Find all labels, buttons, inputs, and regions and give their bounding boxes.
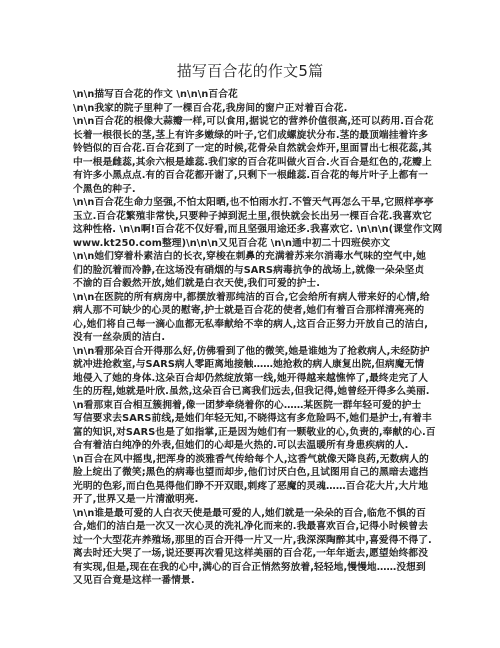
document-line: 写信要求去SARS前线,是她们年轻无知,不晓得这有多危险吗不,她们是护士,有着丰 [73, 412, 433, 426]
document-line: 没有一丝杂质的洁白. [73, 331, 433, 345]
document-line: 有许多小黑点点.有的百合花都开谢了,只剩下一根雌蕊.百合花的每片叶子上都有一 [73, 169, 433, 183]
document-line: 铃铛似的百合花.百合花到了一定的时候,花骨朵自然就会炸开,里面冒出七根花蕊,其 [73, 142, 433, 156]
document-body: \n\n描写百合花的作文 \n\n\n百合花\n\n我家的院子里种了一棵百合花,… [73, 88, 433, 588]
document-line: 玉立.百合花繁殖非常快,只要种子掉到泥土里,很快就会长出另一棵百合花.我喜欢它 [73, 210, 433, 224]
document-line: 合有着洁白纯净的外表,但她们的心却是火热的.可以去温暖所有身患疾病的人. [73, 439, 433, 453]
document-line: 个黑色的种子. [73, 183, 433, 197]
document-line: \n\n我家的院子里种了一棵百合花,我房间的窗户正对着百合花. [73, 102, 433, 116]
document-line: 心,她们将自己每一滴心血都无私奉献给不幸的病人,这百合正努力开放自己的洁白, [73, 318, 433, 332]
document-title: 描写百合花的作文5篇 [0, 60, 500, 81]
document-line: \n看那束百合相互簇拥着,像一团梦牵绕着你的心……某医院一群年轻可爱的护士 [73, 399, 433, 413]
document-line: \n百合在风中摇曳,把浑身的淡雅香气传给每个人,这香气就像天降良药,无数病人的 [73, 453, 433, 467]
document-line: 光明的色彩,而白色晃得他们睁不开双眼,刺疼了恶魔的灵魂……百合花大片,大片地 [73, 480, 433, 494]
document-line: 又见百合竟是这样一番情景. [73, 574, 433, 588]
document-line: 开了,世界又是一片清澈明亮. [73, 493, 433, 507]
document-line: www.kt250.com整理)\n\n\n又见百合花 \n\n通中初二十四班侯… [73, 237, 433, 251]
document-line: 有实现,但是,现在在我的心中,满心的百合正悄然努放着,轻轻地,慢慢地……没想到 [73, 561, 433, 575]
document-line: \n\n百合花生命力坚强,不怕太阳晒,也不怕雨水打.不管天气再怎么干旱,它照样亭… [73, 196, 433, 210]
document-line: \n\n在医院的所有病房中,都摆放着那纯洁的百合,它会给所有病人带来好的心情,给 [73, 291, 433, 305]
document-line: 生的历程,她就是叶欣.虽然,这朵百合已离我们远去,但我记得,她曾经开得多么美丽. [73, 385, 433, 399]
document-line: 地侵入了她的身体.这朵百合却仍然绽放第一线,她开得越来越憔悴了,最终走完了人 [73, 372, 433, 386]
document-line: 富的知识,对SARS也是了如指掌,正是因为她们有一颗敬业的心,负责的,奉献的心.… [73, 426, 433, 440]
document-line: 合,她们的洁白是一次又一次心灵的洗礼净化而来的.我最喜欢百合,记得小时候曾去 [73, 520, 433, 534]
document-line: 病人那不可缺少的心灵的慰寄,护士就是百合花的使者,她们有着百合那样清亮亮的 [73, 304, 433, 318]
document-line: 就冲进抢救室,与SARS病人零距离地接触……她抢救的病人康复出院,但病魔无情 [73, 358, 433, 372]
document-line: 长着一根很长的茎,茎上有许多嫩绿的叶子,它们成螺旋状分布.茎的最顶端挂着许多 [73, 129, 433, 143]
document-line: 脸上绽出了微笑;黑色的病毒也望而却步,他们讨厌白色,且试图用自己的黑暗去遮挡 [73, 466, 433, 480]
document-line: \n\n描写百合花的作文 \n\n\n百合花 [73, 88, 433, 102]
document-line: 离去时还大哭了一场,说还要再次看见这样美丽的百合花,一年年逝去,愿望始终都没 [73, 547, 433, 561]
document-page: 描写百合花的作文5篇 \n\n描写百合花的作文 \n\n\n百合花\n\n我家的… [0, 0, 500, 648]
document-line: 这种性格. \n\n啊!百合花不仅好看,而且坚强用途还多.我喜欢它. \n\n\… [73, 223, 433, 237]
document-line: 中一根是雌蕊,其余六根是雄蕊.我们家的百合花叫做火百合.火百合是红色的,花瓣上 [73, 156, 433, 170]
document-line: \n\n她们穿着朴素洁白的长衣,穿梭在刺鼻的充满着苏来尔消毒水气味的空气中,她 [73, 250, 433, 264]
document-line: \n\n看那朵百合开得那么好,仿佛看到了他的微笑,她是谁她为了抢救病人,未经防护 [73, 345, 433, 359]
document-line: \n\n百合花的根像大蒜瓣一样,可以食用,据说它的营养价值很高,还可以药用.百合… [73, 115, 433, 129]
document-line: 不渝的百合毅然开放,她们就是白衣天使,我们可爱的护士. [73, 277, 433, 291]
document-line: 们的脸沉着而冷静,在这场没有硝烟的与SARS病毒抗争的战场上,就像一朵朵坚贞 [73, 264, 433, 278]
document-line: \n\n谁是最可爱的人白衣天使是最可爱的人,她们就是一朵朵的百合,临危不惧的百 [73, 507, 433, 521]
document-line: 过一个大型花卉养殖场,那里的百合开得一片又一片,我深深陶醉其中,喜爱得不得了. [73, 534, 433, 548]
